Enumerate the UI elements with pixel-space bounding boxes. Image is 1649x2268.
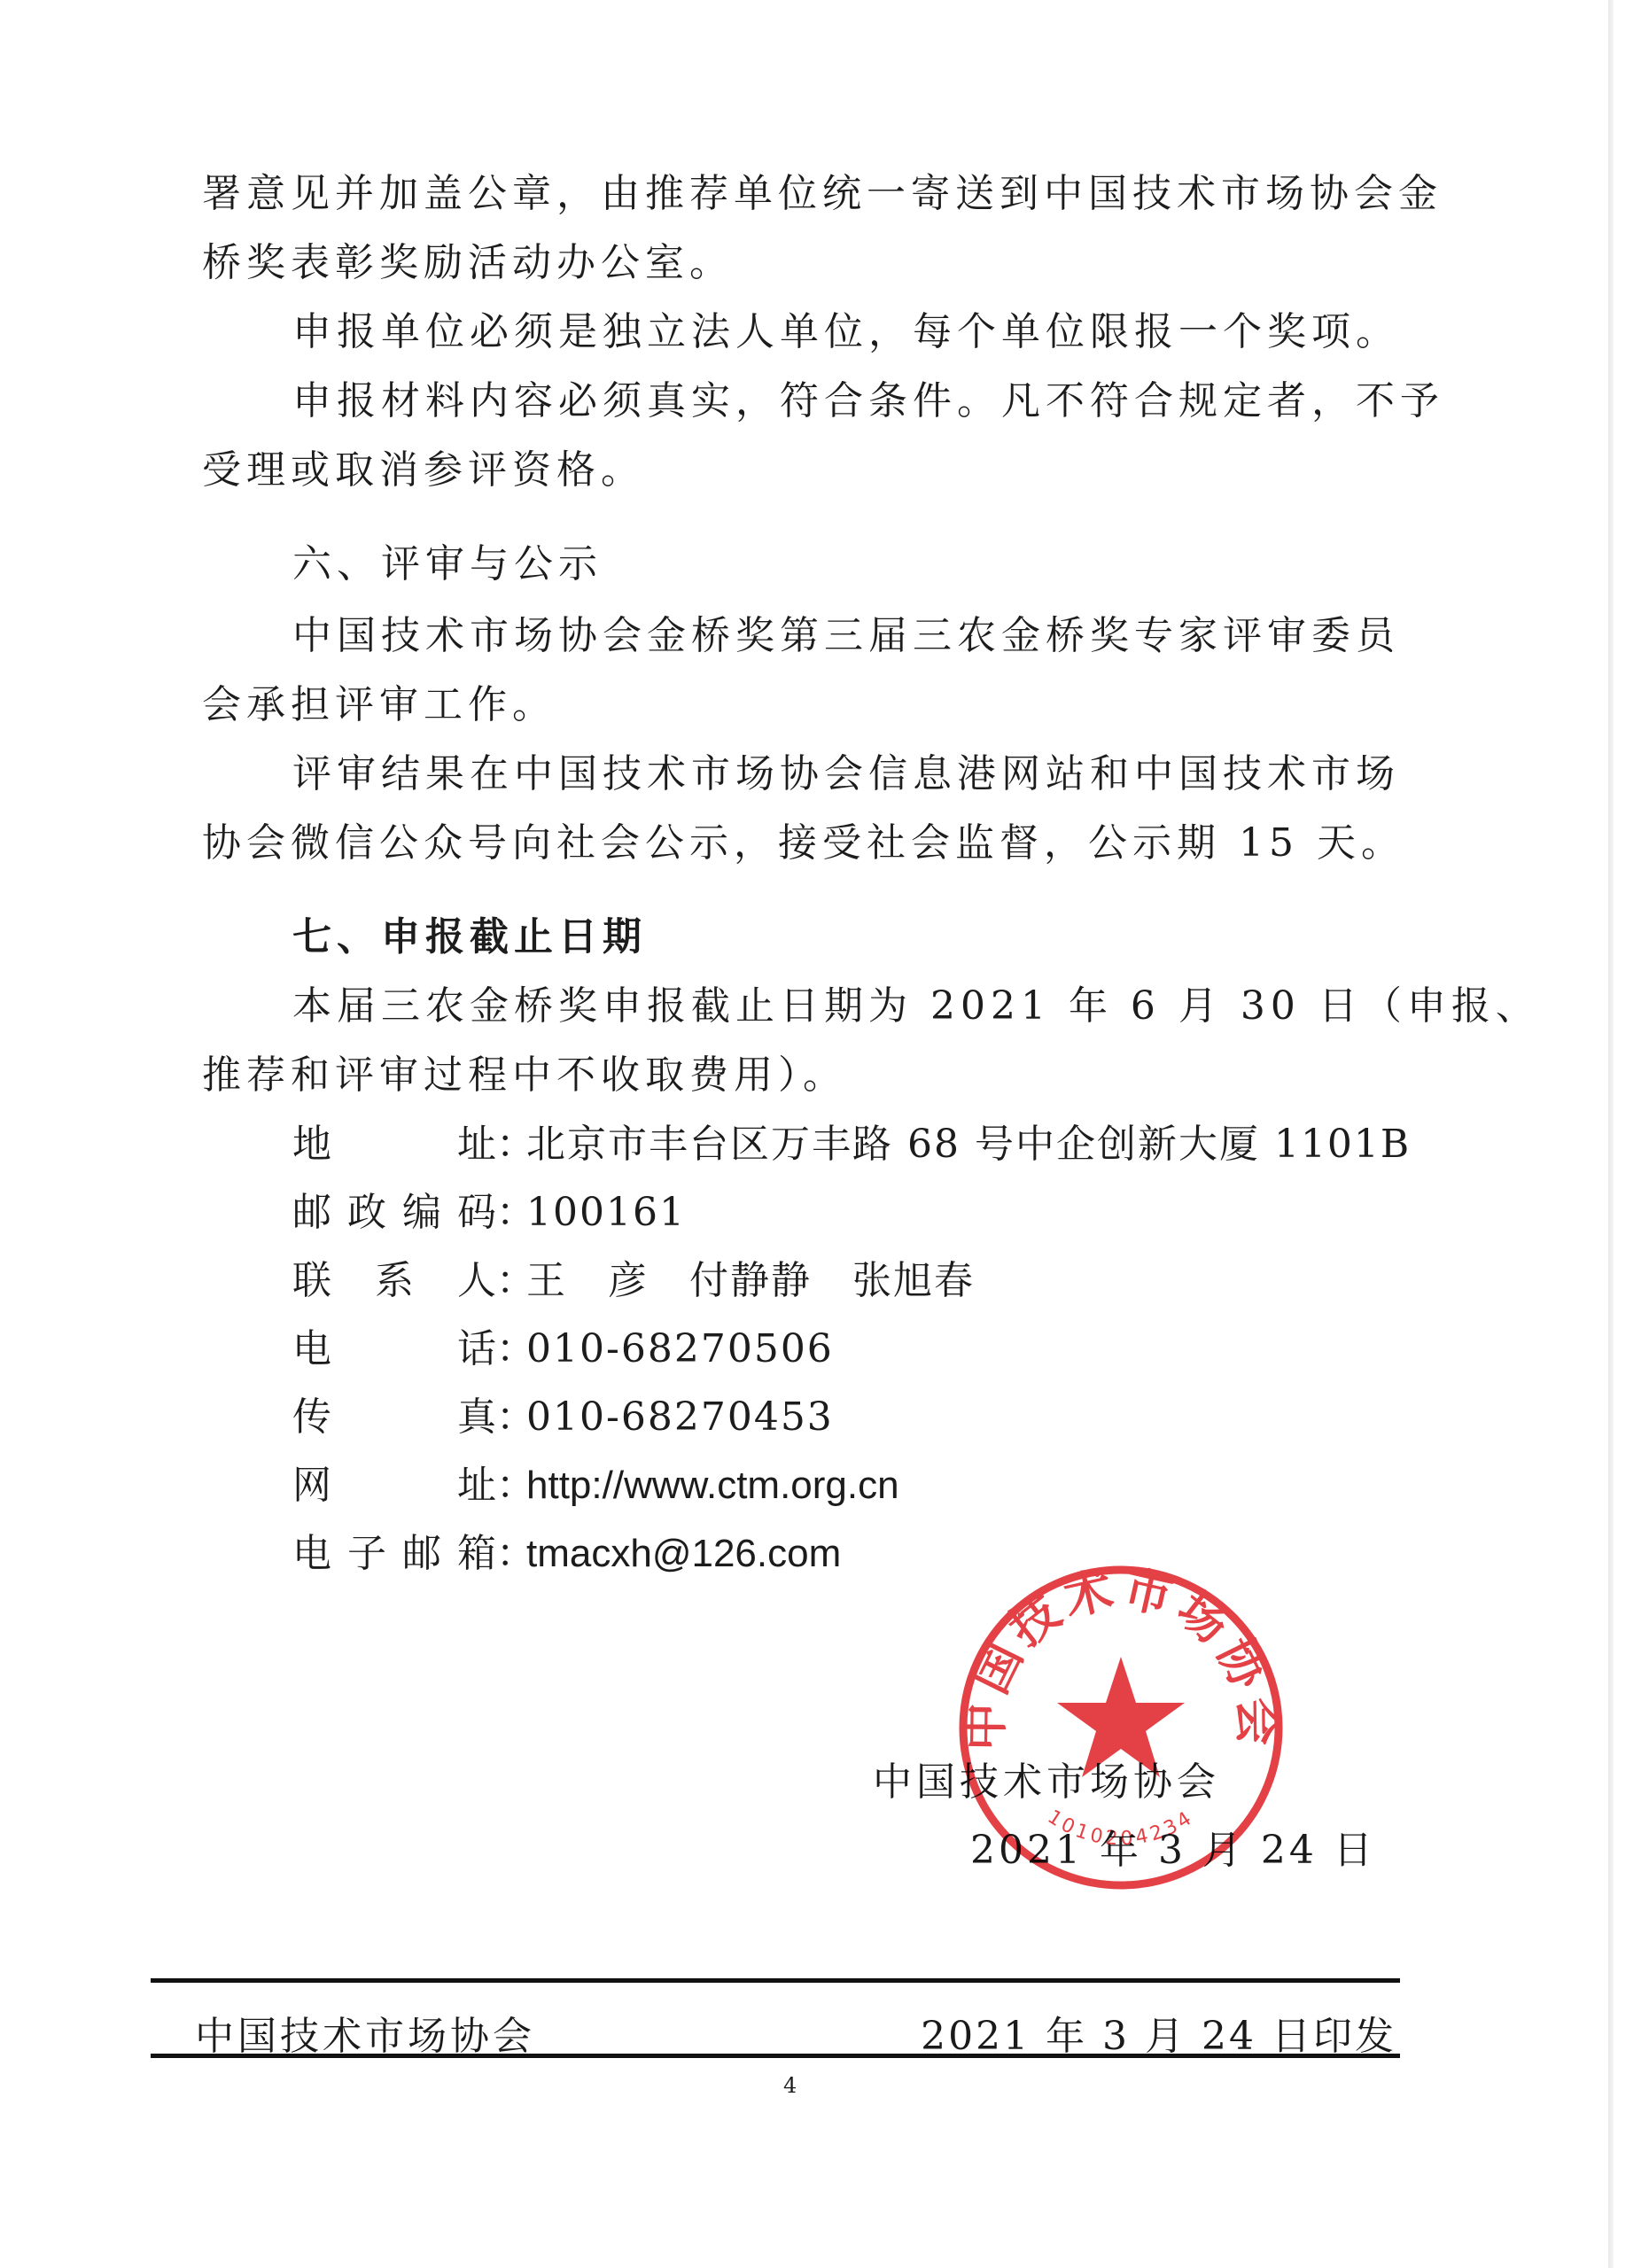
footer-issue-date: 2021 年 3 月 24 日印发: [921, 2004, 1396, 2061]
paragraph-line: 推荐和评审过程中不收取费用）。: [202, 1056, 847, 1095]
paragraph-line: 协会微信公众号向社会公示，接受社会监督，公示期 15 天。: [202, 824, 1405, 863]
contact-label: 传真: [292, 1398, 496, 1437]
colon: ：: [496, 1534, 526, 1573]
paragraph-line: 受理或取消参评资格。: [202, 451, 645, 490]
seal-code: 1010204234: [1044, 1806, 1199, 1851]
address-value: 北京市丰台区万丰路 68 号中企创新大厦 1101B: [526, 1125, 1411, 1164]
colon: ：: [496, 1398, 526, 1437]
scan-page-edge: [1608, 0, 1614, 2268]
contact-phone: 电话 ： 010-68270506: [292, 1330, 834, 1369]
contact-label: 电话: [292, 1330, 496, 1369]
section-heading: 七、申报截止日期: [292, 918, 647, 957]
paragraph-line: 署意见并加盖公章，由推荐单位统一寄送到中国技术市场协会金: [202, 175, 1443, 214]
paragraph-line: 申报材料内容必须真实，符合条件。凡不符合规定者，不予: [292, 382, 1444, 421]
paragraph-line: 会承担评审工作。: [202, 686, 556, 725]
paragraph-line: 本届三农金桥奖申报截止日期为 2021 年 6 月 30 日（申报、: [292, 987, 1540, 1026]
colon: ：: [496, 1466, 526, 1505]
footer-bottom-rule: [151, 2054, 1400, 2058]
footer-top-rule: [151, 1978, 1400, 1983]
colon: ：: [496, 1330, 526, 1369]
colon: ：: [496, 1262, 526, 1301]
contact-fax: 传真 ： 010-68270453: [292, 1398, 834, 1437]
colon: ：: [496, 1125, 526, 1164]
contact-label: 联系人: [292, 1262, 496, 1301]
contact-label: 邮政编码: [292, 1193, 496, 1232]
footer-organization: 中国技术市场协会: [195, 2004, 535, 2061]
contact-label: 电子邮箱: [292, 1534, 496, 1573]
page-number: 4: [783, 2073, 797, 2098]
paragraph-line: 申报单位必须是独立法人单位，每个单位限报一个奖项。: [292, 313, 1400, 352]
postcode-value: 100161: [526, 1193, 686, 1232]
website-link[interactable]: http://www.ctm.org.cn: [526, 1466, 899, 1505]
colon: ：: [496, 1193, 526, 1232]
contact-email: 电子邮箱 ： tmacxh@126.com: [292, 1534, 841, 1573]
paragraph-line: 评审结果在中国技术市场协会信息港网站和中国技术市场: [292, 755, 1400, 794]
official-seal-icon: 中国技术市场协会 1010204234: [953, 1559, 1289, 1896]
contact-postcode: 邮政编码 ： 100161: [292, 1193, 686, 1232]
phone-value: 010-68270506: [526, 1330, 834, 1369]
seal-star-icon: [1057, 1657, 1185, 1777]
fax-value: 010-68270453: [526, 1398, 834, 1437]
paragraph-line: 中国技术市场协会金桥奖第三届三农金桥奖专家评审委员: [292, 617, 1400, 656]
paragraph-line: 桥奖表彰奖励活动办公室。: [202, 244, 734, 283]
contact-website: 网址 ： http://www.ctm.org.cn: [292, 1466, 899, 1505]
contact-persons-value: 王 彦 付静静 张旭春: [526, 1262, 975, 1301]
contact-label: 地址: [292, 1125, 496, 1164]
email-link[interactable]: tmacxh@126.com: [526, 1534, 841, 1573]
contact-address: 地址 ： 北京市丰台区万丰路 68 号中企创新大厦 1101B: [292, 1125, 1411, 1164]
contact-label: 网址: [292, 1466, 496, 1505]
contact-persons: 联系人 ： 王 彦 付静静 张旭春: [292, 1262, 975, 1301]
section-heading: 六、评审与公示: [292, 545, 603, 584]
svg-text:1010204234: 1010204234: [1044, 1806, 1199, 1851]
